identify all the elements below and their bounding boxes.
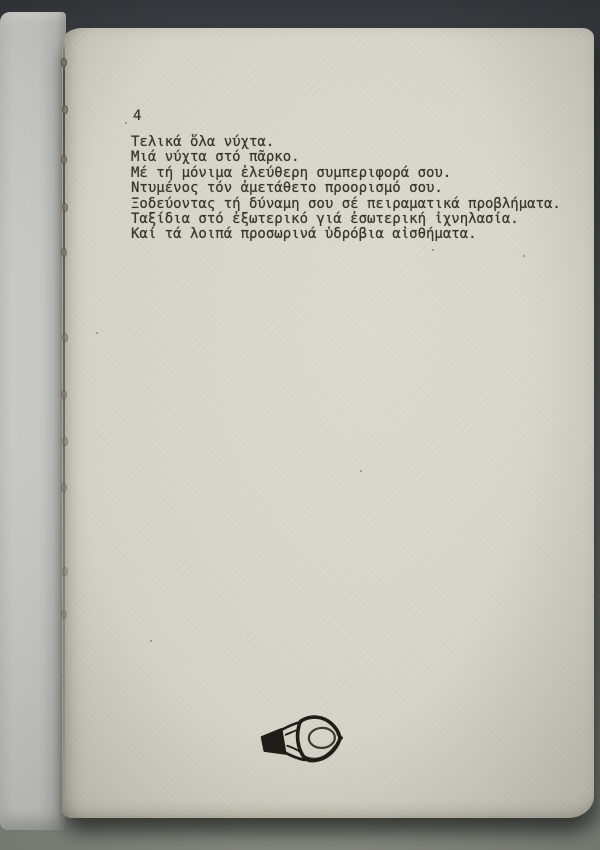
book-page: 4 Τελικά ὅλα νύχτα.Μιά νύχτα στό πᾶρκο.Μ… bbox=[62, 28, 594, 818]
paper-speck bbox=[150, 640, 152, 642]
binding-stitch bbox=[61, 248, 67, 257]
poem-line: Καί τά λοιπά προσωρινά ὑδρόβια αἰσθήματα… bbox=[131, 227, 561, 242]
binding-stitch bbox=[61, 58, 67, 67]
page-number: 4 bbox=[133, 108, 141, 124]
binding-stitch bbox=[61, 390, 67, 399]
poem-line: Ξοδεύοντας τή δύναμη σου σέ πειραματικά … bbox=[131, 197, 561, 212]
binding-stitch bbox=[61, 483, 67, 492]
binding-stitch bbox=[61, 155, 67, 164]
binding-stitch bbox=[62, 333, 68, 342]
paper-speck bbox=[125, 122, 127, 124]
poem-line: Ντυμένος τόν ἀμετάθετο προορισμό σου. bbox=[131, 181, 561, 196]
paper-speck bbox=[523, 255, 525, 257]
poem-text-block: Τελικά ὅλα νύχτα.Μιά νύχτα στό πᾶρκο.Μέ … bbox=[131, 135, 561, 243]
binding-stitch bbox=[62, 105, 68, 114]
light-bulb-stamp-icon bbox=[257, 710, 346, 772]
binding-stitch bbox=[62, 203, 68, 212]
paper-speck bbox=[360, 470, 362, 472]
book-photo-scene: 4 Τελικά ὅλα νύχτα.Μιά νύχτα στό πᾶρκο.Μ… bbox=[0, 0, 600, 850]
poem-line: Μέ τή μόνιμα ἐλεύθερη συμπεριφορά σου. bbox=[131, 166, 561, 181]
binding-stitch bbox=[61, 610, 67, 619]
left-page-edge bbox=[0, 12, 66, 830]
paper-speck bbox=[432, 249, 434, 251]
binding-stitch bbox=[62, 437, 68, 446]
paper-speck bbox=[96, 332, 98, 334]
poem-line: Μιά νύχτα στό πᾶρκο. bbox=[131, 150, 561, 165]
binding-stitch bbox=[62, 567, 68, 576]
